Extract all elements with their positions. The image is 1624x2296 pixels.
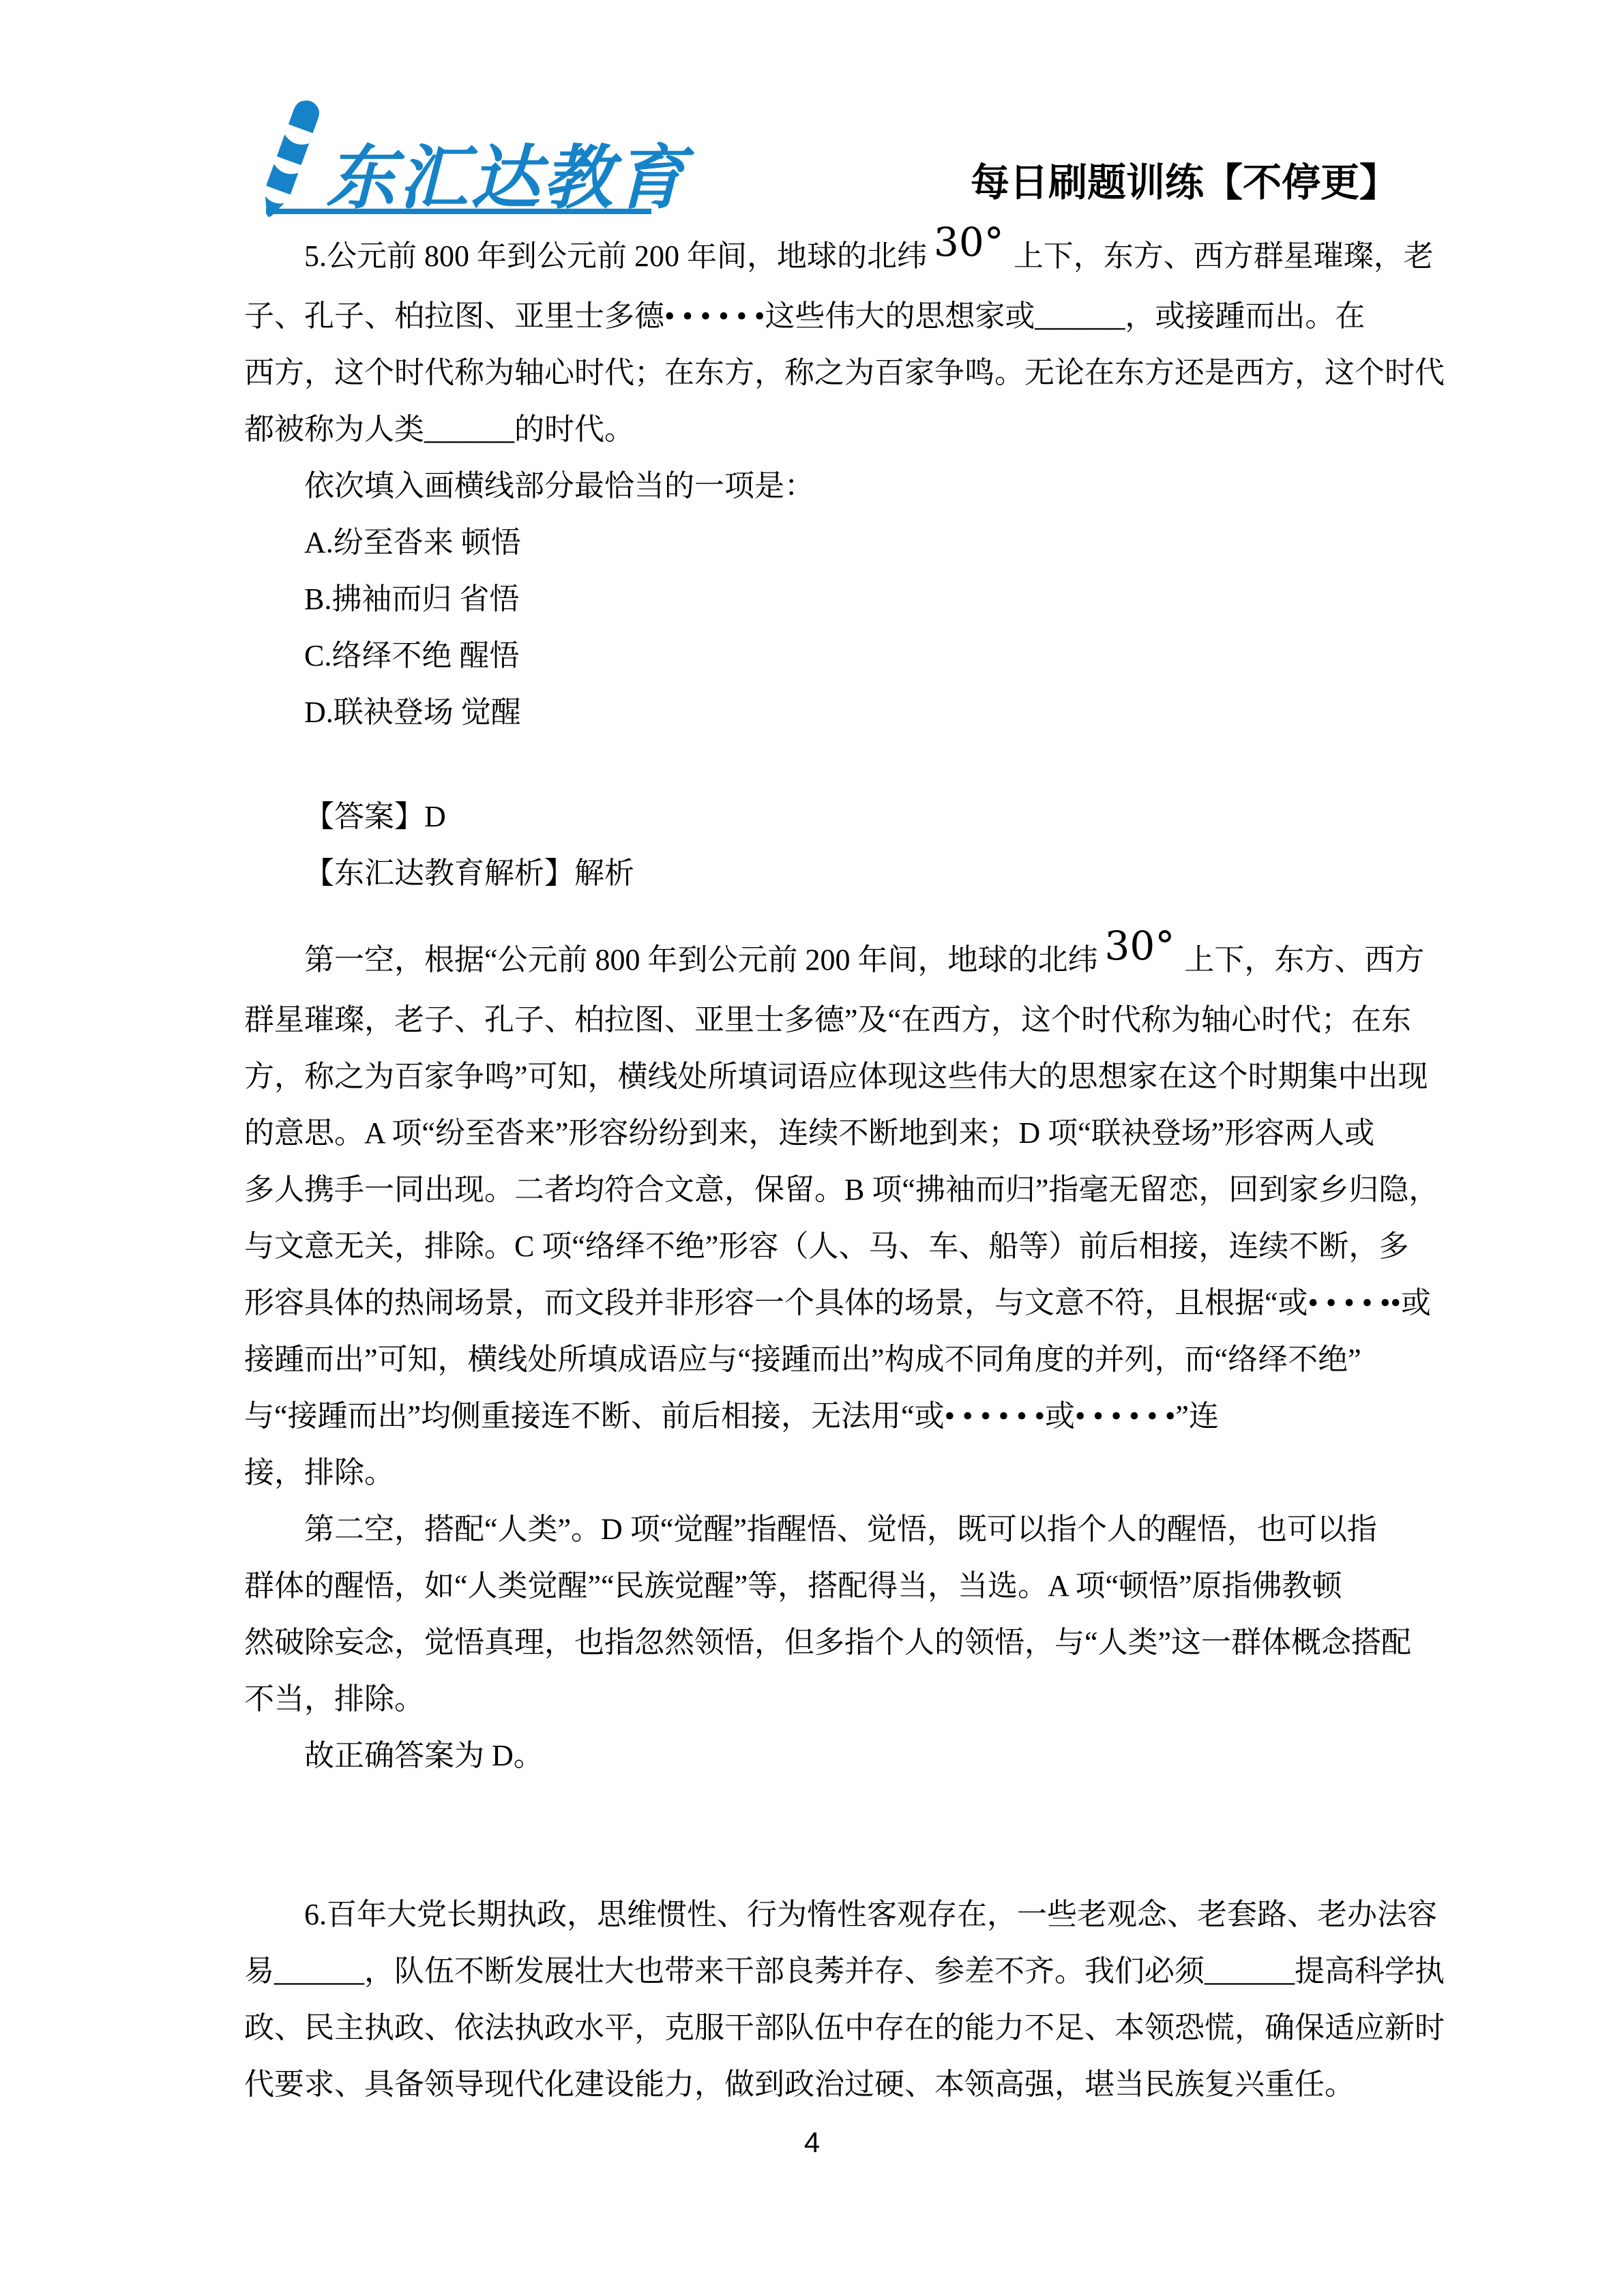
analysis-p1-line-3: 方，称之为百家争鸣”可知，横线处所填词语应体现这些伟大的思想家在这个时期集中出现 [244, 1048, 1445, 1105]
question-6-line-4: 代要求、具备领导现代化建设能力，做到政治过硬、本领高强，堪当民族复兴重任。 [244, 2056, 1445, 2113]
question-6-line-3: 政、民主执政、依法执政水平，克服干部队伍中存在的能力不足、本领恐慌，确保适应新时 [244, 1999, 1445, 2056]
analysis-conclusion: 故正确答案为 D。 [244, 1727, 1445, 1784]
analysis-p2-line-4: 不当，排除。 [244, 1671, 1445, 1727]
latitude-formula-2: 30° [1105, 923, 1175, 969]
option-a: A.纷至沓来 顿悟 [244, 514, 1445, 571]
header-title: 每日刷题训练【不停更】 [928, 151, 1398, 207]
content: 5.公元前 800 年到公元前 200 年间，地球的北纬30°上下，东方、西方群… [244, 225, 1445, 2113]
analysis-p1-line-9: 与“接踵而出”均侧重接连不断、前后相接，无法用“或• • • • • •或• •… [244, 1388, 1445, 1444]
analysis-p1-line-6: 与文意无关，排除。C 项“络绎不绝”形容（人、马、车、船等）前后相接，连续不断，… [244, 1218, 1445, 1274]
analysis-p1-line-10: 接，排除。 [244, 1444, 1445, 1501]
logo-underline [266, 209, 651, 214]
analysis-p1-line-1: 第一空，根据“公元前 800 年到公元前 200 年间，地球的北纬30°上下，东… [244, 929, 1445, 992]
question-6-line-2: 易______，队伍不断发展壮大也带来干部良莠并存、参差不齐。我们必须_____… [244, 1943, 1445, 1999]
analysis-p2-line-1: 第二空，搭配“人类”。D 项“觉醒”指醒悟、觉悟，既可以指个人的醒悟，也可以指 [244, 1501, 1445, 1557]
analysis-source-label: 【东汇达教育解析】解析 [244, 845, 1445, 901]
question-5-prompt: 依次填入画横线部分最恰当的一项是： [244, 458, 1445, 514]
question-6-line-1: 6.百年大党长期执政，思维惯性、行为惰性客观存在，一些老观念、老套路、老办法容 [244, 1886, 1445, 1943]
analysis-p1-line-7: 形容具体的热闹场景，而文段并非形容一个具体的场景，与文意不符，且根据“或• • … [244, 1274, 1445, 1331]
logo: 东汇达教育 [246, 95, 682, 225]
analysis-p1-line1-pre: 第一空，根据“公元前 800 年到公元前 200 年间，地球的北纬 [304, 943, 1098, 976]
analysis-p1-line-8: 接踵而出”可知，横线处所填成语应与“接踵而出”构成不同角度的并列，而“络绎不绝” [244, 1331, 1445, 1388]
pen-icon [246, 95, 334, 222]
analysis-p2-line-3: 然破除妄念，觉悟真理，也指忽然领悟，但多指个人的领悟，与“人类”这一群体概念搭配 [244, 1614, 1445, 1671]
analysis-p2-line-2: 群体的醒悟，如“人类觉醒”“民族觉醒”等，搭配得当，当选。A 项“顿悟”原指佛教… [244, 1557, 1445, 1614]
q5-line1-post: 上下，东方、西方群星璀璨，老 [1014, 239, 1434, 273]
analysis-p1-line1-post: 上下，东方、西方 [1184, 943, 1424, 976]
option-c: C.络绎不绝 醒悟 [244, 627, 1445, 684]
question-5-line-1: 5.公元前 800 年到公元前 200 年间，地球的北纬30°上下，东方、西方群… [244, 225, 1445, 288]
question-5-line-2: 子、孔子、柏拉图、亚里士多德• • • • • •这些伟大的思想家或______… [244, 288, 1445, 344]
document-page: 东汇达教育 每日刷题训练【不停更】 5.公元前 800 年到公元前 200 年间… [0, 0, 1624, 2296]
analysis-p1-line-4: 的意思。A 项“纷至沓来”形容纷纷到来，连续不断地到来；D 项“联袂登场”形容两… [244, 1105, 1445, 1161]
latitude-formula: 30° [934, 219, 1004, 265]
option-d: D.联袂登场 觉醒 [244, 684, 1445, 741]
option-b: B.拂袖而归 省悟 [244, 571, 1445, 627]
answer-label: 【答案】D [244, 788, 1445, 845]
logo-text: 东汇达教育 [326, 123, 688, 222]
q5-line1-pre: 5.公元前 800 年到公元前 200 年间，地球的北纬 [304, 239, 927, 273]
question-5-line-4: 都被称为人类______的时代。 [244, 401, 1445, 458]
analysis-p1-line-2: 群星璀璨，老子、孔子、柏拉图、亚里士多德”及“在西方，这个时代称为轴心时代；在东 [244, 992, 1445, 1048]
question-5-line-3: 西方，这个时代称为轴心时代；在东方，称之为百家争鸣。无论在东方还是西方，这个时代 [244, 344, 1445, 401]
analysis-p1-line-5: 多人携手一同出现。二者均符合文意，保留。B 项“拂袖而归”指毫无留恋，回到家乡归… [244, 1161, 1445, 1218]
page-number: 4 [0, 2126, 1624, 2159]
